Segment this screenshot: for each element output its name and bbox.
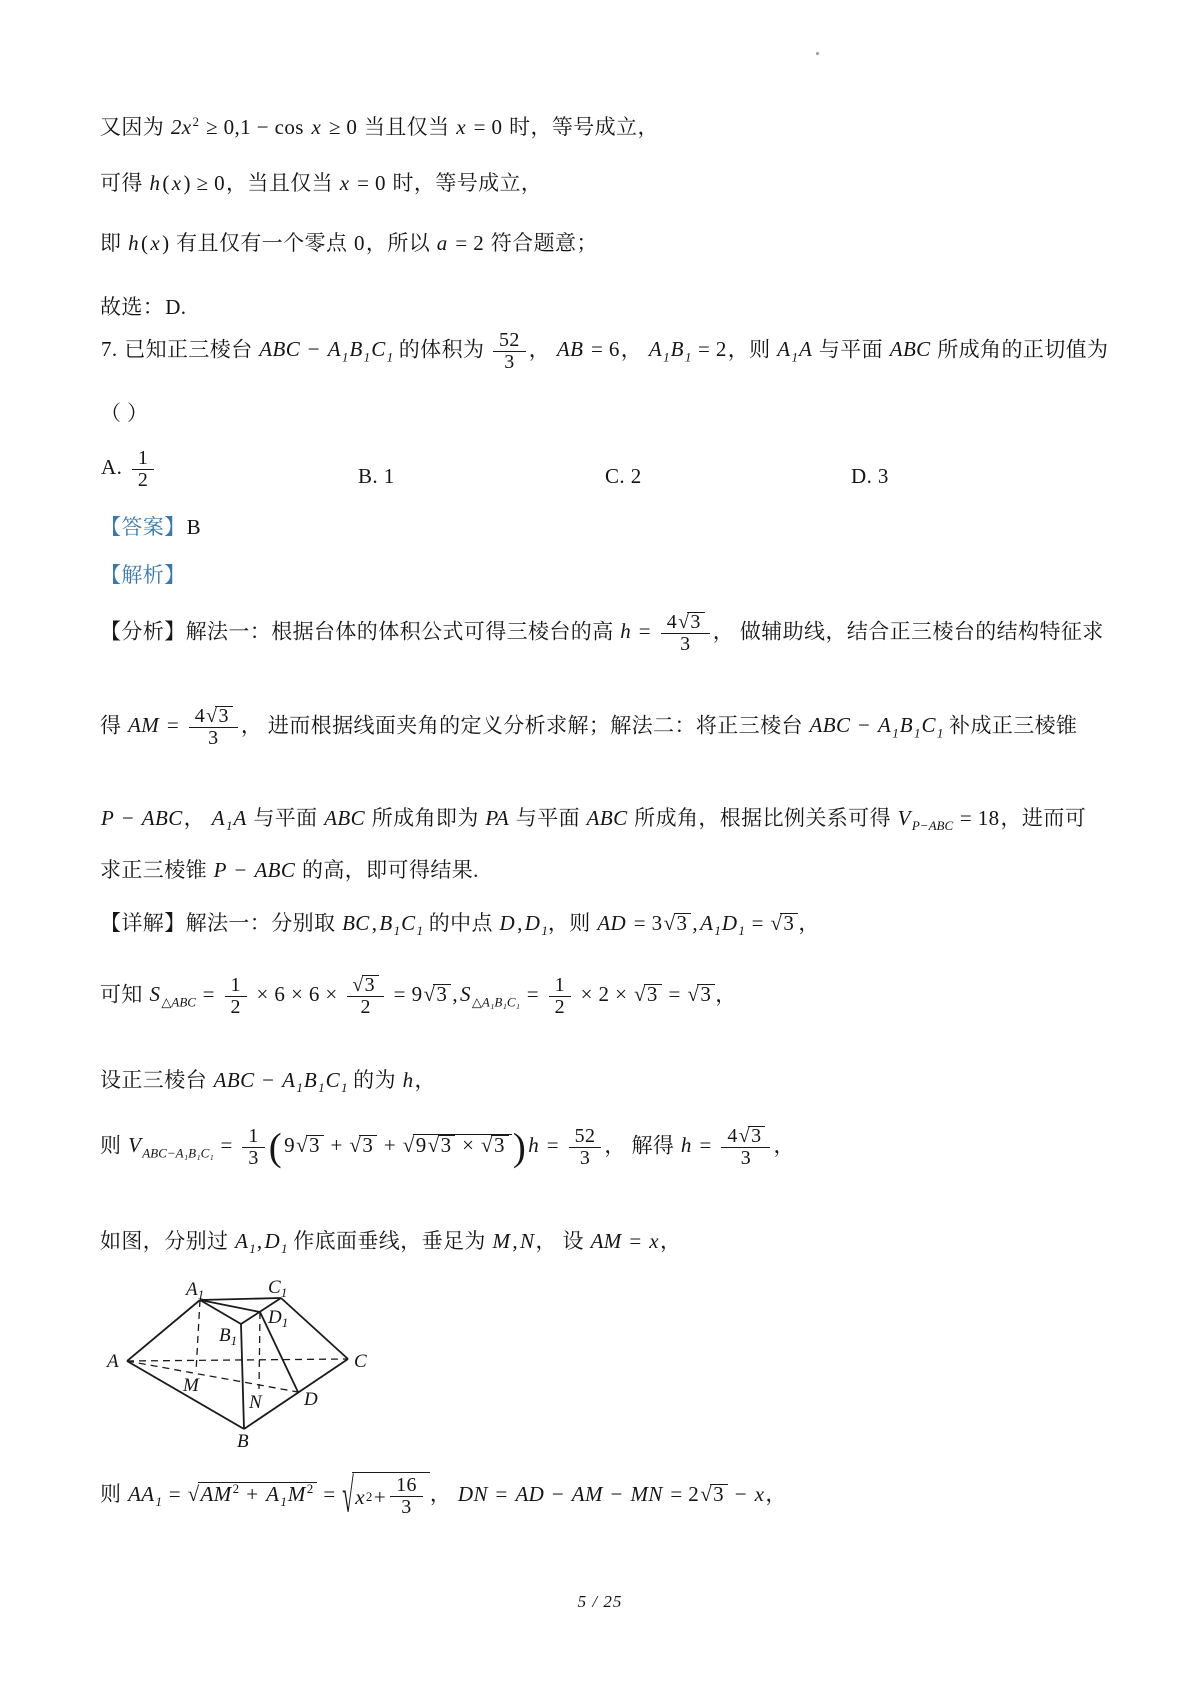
text: 的中点 bbox=[423, 911, 499, 935]
text: ， 做辅助线，结合正三棱台的结构特征求 bbox=[713, 619, 1104, 643]
text: 得 bbox=[100, 713, 127, 737]
exam-solution-page: { "page": { "footer": "5 / 25" }, "color… bbox=[0, 0, 1200, 1697]
detail-line-6: 则 AA1 = √AM2 + A1M2 = √x2 + 163， DN = AD… bbox=[100, 1472, 1120, 1520]
math-literal: 1 bbox=[554, 974, 566, 996]
superscript: 2 bbox=[366, 1490, 373, 1504]
math-variable: B bbox=[348, 337, 363, 361]
square-root: √3 bbox=[352, 975, 379, 996]
fraction: 523 bbox=[493, 330, 526, 373]
radicand: 3 bbox=[438, 1135, 456, 1156]
math-literal: ≥ 0 bbox=[322, 115, 364, 139]
math-literal: 52 bbox=[574, 1125, 597, 1147]
square-root: √3 bbox=[423, 979, 451, 1009]
math-literal: − bbox=[228, 858, 254, 882]
fraction: 12 bbox=[225, 975, 247, 1018]
text: ， bbox=[621, 337, 648, 361]
text: 所成角的正切值为 bbox=[932, 337, 1109, 361]
math-literal: 4 bbox=[666, 611, 678, 633]
math-variable: C bbox=[370, 337, 386, 361]
math-literal: = bbox=[693, 1133, 719, 1157]
radicand: 3 bbox=[644, 984, 662, 1005]
math-variable: h bbox=[527, 1133, 540, 1157]
superscript: 2 bbox=[233, 1481, 240, 1496]
numerator: 1 bbox=[225, 975, 247, 996]
denominator: 2 bbox=[549, 996, 571, 1018]
section-label: 【答案】 bbox=[100, 515, 186, 539]
math-literal: = bbox=[196, 982, 222, 1006]
math-variable: V bbox=[897, 806, 912, 830]
math-variable: C bbox=[400, 911, 416, 935]
numerator: 52 bbox=[493, 330, 526, 351]
denominator: 2 bbox=[132, 469, 154, 491]
math-variable: h bbox=[148, 171, 161, 195]
math-literal: 3 bbox=[207, 727, 219, 749]
analysis-line-2: 得 AM = 4√33， 进而根据线面夹角的定义分析求解；解法二：将正三棱台 A… bbox=[100, 706, 1120, 749]
option-d: D. 3 bbox=[850, 461, 1000, 491]
math-variable: M bbox=[491, 1229, 511, 1253]
math-literal: C. 2 bbox=[604, 464, 643, 488]
big-paren: ) bbox=[512, 1126, 527, 1169]
text: 则 bbox=[100, 1482, 127, 1506]
math-variable: B bbox=[899, 713, 914, 737]
numerator: 4√3 bbox=[721, 1126, 770, 1147]
vertex-label-D1: D1 bbox=[267, 1307, 288, 1330]
fraction: 12 bbox=[549, 975, 571, 1018]
text: 的高，即可得结果. bbox=[296, 858, 479, 882]
math-literal: 4 bbox=[194, 705, 206, 727]
math-literal: × 6 × 6 × bbox=[250, 982, 344, 1006]
detail-line-1: 【详解】解法一：分别取 BC,B1C1 的中点 D,D1，则 AD = 3√3,… bbox=[100, 908, 1120, 946]
math-variable: DN bbox=[457, 1482, 489, 1506]
math-literal: 3 bbox=[750, 1125, 762, 1147]
subscript: 1 bbox=[318, 1080, 325, 1095]
math-literal: 3 bbox=[782, 911, 795, 935]
text: ， 设 bbox=[535, 1229, 589, 1253]
subscript: 1 bbox=[791, 350, 798, 365]
text: ， bbox=[773, 1133, 794, 1157]
radicand: 3 bbox=[674, 913, 692, 934]
math-variable: x bbox=[754, 1482, 766, 1506]
math-literal: = bbox=[745, 911, 771, 935]
math-literal: B bbox=[186, 515, 202, 539]
math-variable: P bbox=[100, 806, 115, 830]
math-variable: P bbox=[213, 858, 228, 882]
vertex-label-B: B bbox=[237, 1431, 249, 1452]
math-literal: 16 bbox=[395, 1474, 418, 1496]
figure-dashed-edges bbox=[127, 1300, 348, 1392]
math-literal: 3 bbox=[217, 705, 229, 727]
math-variable: A bbox=[265, 1482, 280, 1506]
square-root: √3 bbox=[428, 1135, 456, 1156]
numerator: 1 bbox=[132, 448, 154, 469]
math-variable: AD bbox=[596, 911, 627, 935]
math-variable: B bbox=[303, 1068, 318, 1092]
subscript: △ABC bbox=[161, 995, 196, 1010]
math-literal: 1 bbox=[137, 447, 149, 469]
text: ， 进而根据线面夹角的定义分析求解；解法二：将正三棱台 bbox=[241, 713, 809, 737]
math-literal: ) bbox=[161, 231, 176, 255]
math-literal: = 6 bbox=[584, 337, 620, 361]
math-literal: = 2 bbox=[664, 1482, 700, 1506]
text: 故选： bbox=[100, 295, 164, 319]
math-variable: h bbox=[127, 231, 140, 255]
math-literal: − bbox=[256, 1068, 282, 1092]
math-literal: + bbox=[324, 1133, 350, 1157]
text: ， bbox=[660, 1229, 681, 1253]
radicand: 3 bbox=[748, 1126, 765, 1146]
proof-line-3: 即 h(x) 有且仅有一个零点 0，所以 a = 2 符合题意； bbox=[100, 228, 1120, 258]
math-literal: = 18 bbox=[953, 806, 1000, 830]
text: 所成角即为 bbox=[366, 806, 484, 830]
radicand: 3 bbox=[710, 1484, 728, 1505]
math-variable: ABC bbox=[141, 806, 184, 830]
math-literal: 0 bbox=[353, 231, 366, 255]
math-literal: 1 bbox=[247, 1125, 259, 1147]
denominator: 3 bbox=[493, 351, 526, 373]
numerator: 1 bbox=[549, 975, 571, 996]
denominator: 3 bbox=[569, 1147, 602, 1169]
math-variable: AM bbox=[127, 713, 160, 737]
math-literal: 3 bbox=[493, 1133, 506, 1157]
math-variable: C bbox=[920, 713, 936, 737]
subscript: 1 bbox=[892, 726, 899, 741]
square-root: √3 bbox=[206, 706, 233, 727]
fraction: 4√33 bbox=[189, 706, 238, 749]
text: 【分析】解法一：根据台体的体积公式可得三棱台的高 bbox=[100, 619, 619, 643]
math-literal: 3 bbox=[679, 633, 691, 655]
math-variable: BC bbox=[341, 911, 371, 935]
math-literal: 3 bbox=[400, 1496, 412, 1518]
page-number: 5 / 25 bbox=[0, 1592, 1200, 1612]
subscript: 1 bbox=[663, 350, 670, 365]
math-literal: = 9 bbox=[387, 982, 423, 1006]
math-literal: , bbox=[511, 1229, 519, 1253]
math-variable: M bbox=[287, 1482, 307, 1506]
fraction: √32 bbox=[347, 975, 384, 1018]
math-literal: ( bbox=[161, 171, 170, 195]
text: 与平面 bbox=[248, 806, 324, 830]
math-literal: B. 1 bbox=[357, 464, 396, 488]
math-literal: , bbox=[451, 982, 459, 1006]
math-literal: 3 bbox=[308, 1133, 321, 1157]
math-variable: ABC bbox=[586, 806, 629, 830]
text: 求正三棱锥 bbox=[100, 858, 213, 882]
math-variable: A bbox=[281, 1068, 296, 1092]
vertex-label-C1: C1 bbox=[268, 1277, 287, 1300]
math-literal: 2 bbox=[230, 996, 242, 1018]
square-root: √3 bbox=[664, 908, 692, 938]
subscript: ABC−A₁B₁C₁ bbox=[142, 1146, 214, 1161]
math-literal: = bbox=[632, 619, 658, 643]
fraction: 4√33 bbox=[721, 1126, 770, 1169]
text: 设正三棱台 bbox=[100, 1068, 213, 1092]
math-literal: − bbox=[301, 337, 327, 361]
denominator: 2 bbox=[347, 996, 384, 1018]
text: 有且仅有一个零点 bbox=[176, 231, 353, 255]
math-literal: 3 bbox=[646, 982, 659, 1006]
radicand: 3 bbox=[491, 1135, 509, 1156]
square-root: √3 bbox=[739, 1126, 766, 1147]
text: 时，等号成立， bbox=[509, 115, 659, 139]
math-variable: x bbox=[648, 1229, 660, 1253]
vertex-label-A: A bbox=[105, 1351, 119, 1372]
text: 的体积为 bbox=[393, 337, 490, 361]
square-root: √3 bbox=[700, 1479, 728, 1509]
math-variable: ABC bbox=[213, 1068, 256, 1092]
text: ， bbox=[430, 1482, 457, 1506]
math-literal: 3 bbox=[361, 1133, 374, 1157]
math-variable: A bbox=[877, 713, 892, 737]
vertex-label-C: C bbox=[354, 1351, 367, 1372]
square-root: √9√3 × √3 bbox=[403, 1130, 512, 1160]
text: 与平面 bbox=[510, 806, 586, 830]
proof-line-2: 可得 h(x) ≥ 0，当且仅当 x = 0 时，等号成立， bbox=[100, 168, 1120, 198]
math-literal: − bbox=[728, 1482, 754, 1506]
point-label-N: N bbox=[248, 1392, 263, 1413]
math-variable: AD bbox=[514, 1482, 545, 1506]
numerator: 16 bbox=[390, 1475, 423, 1496]
math-variable: x bbox=[149, 231, 161, 255]
answer-line: 【答案】B bbox=[100, 512, 1120, 542]
math-variable: A bbox=[232, 806, 247, 830]
fraction: 163 bbox=[390, 1475, 423, 1518]
math-literal: ( bbox=[140, 231, 149, 255]
math-literal: = 0 bbox=[350, 171, 392, 195]
math-literal: ) ≥ 0 bbox=[183, 171, 227, 195]
text: 时，等号成立， bbox=[393, 171, 543, 195]
math-literal: 4 bbox=[726, 1125, 738, 1147]
math-variable: x bbox=[455, 115, 467, 139]
math-variable: x bbox=[171, 171, 183, 195]
answer-blank-parentheses: （ ） bbox=[100, 398, 1120, 428]
text: 符合题意； bbox=[491, 231, 598, 255]
subscript: △A₁B₁C₁ bbox=[472, 995, 520, 1010]
radicand: 3 bbox=[215, 706, 232, 726]
math-variable: ABC bbox=[253, 858, 296, 882]
section-label: 【解析】 bbox=[100, 563, 186, 587]
choose-answer-line: 故选：D. bbox=[100, 292, 1120, 322]
math-variable: D bbox=[263, 1229, 281, 1253]
square-root: √3 bbox=[687, 979, 715, 1009]
math-variable: ABC bbox=[889, 337, 932, 361]
math-literal: 2 bbox=[554, 996, 566, 1018]
subscript: 1 bbox=[296, 1080, 303, 1095]
math-variable: 2x bbox=[170, 115, 193, 139]
math-variable: S bbox=[459, 982, 472, 1006]
math-literal: 3 bbox=[699, 982, 712, 1006]
math-literal: = bbox=[662, 982, 688, 1006]
text: 如图，分别过 bbox=[100, 1229, 234, 1253]
text: （ ） bbox=[100, 401, 148, 425]
math-literal: = 2 bbox=[691, 337, 727, 361]
math-literal: + bbox=[373, 1486, 387, 1508]
math-literal: D. bbox=[164, 295, 187, 319]
fraction: 12 bbox=[132, 448, 154, 491]
denominator: 3 bbox=[390, 1496, 423, 1518]
square-root: √x2 + 163 bbox=[342, 1472, 430, 1520]
math-variable: AM bbox=[571, 1482, 604, 1506]
fraction: 4√33 bbox=[661, 612, 710, 655]
text: 则 bbox=[100, 1133, 127, 1157]
math-literal: , bbox=[516, 911, 524, 935]
text: ，当且仅当 bbox=[226, 171, 339, 195]
math-variable: AA bbox=[127, 1482, 155, 1506]
math-literal: 3 bbox=[364, 974, 376, 996]
text: 可得 bbox=[100, 171, 148, 195]
math-variable: A bbox=[234, 1229, 249, 1253]
detail-line-2: 可知 S△ABC = 12 × 6 × 6 × √32 = 9√3,S△A₁B₁… bbox=[100, 975, 1120, 1018]
radicand: AM2 + A1M2 bbox=[198, 1482, 317, 1509]
big-paren: ( bbox=[268, 1126, 283, 1169]
math-literal: = bbox=[162, 1482, 188, 1506]
text: 的为 bbox=[348, 1068, 402, 1092]
analysis-line-3: P − ABC， A1A 与平面 ABC 所成角即为 PA 与平面 ABC 所成… bbox=[100, 803, 1120, 841]
math-variable: AM bbox=[200, 1482, 233, 1506]
math-literal: = 0 bbox=[467, 115, 509, 139]
math-literal: × 2 × bbox=[574, 982, 634, 1006]
vertex-label-A1: A1 bbox=[184, 1279, 204, 1302]
math-literal: 2 bbox=[359, 996, 371, 1018]
text: ，所以 bbox=[366, 231, 436, 255]
math-literal: 3 bbox=[676, 911, 689, 935]
text: 又因为 bbox=[100, 115, 170, 139]
square-root: √3 bbox=[634, 979, 662, 1009]
numerator: 1 bbox=[242, 1126, 264, 1147]
option-c: C. 2 bbox=[604, 461, 754, 491]
math-literal: A. bbox=[100, 455, 129, 479]
math-literal: 3 bbox=[579, 1147, 591, 1169]
math-literal: = 3 bbox=[627, 911, 663, 935]
text: ， bbox=[765, 1482, 786, 1506]
math-literal: = bbox=[214, 1133, 240, 1157]
radicand: 9√3 × √3 bbox=[413, 1134, 512, 1156]
math-literal: 3 bbox=[689, 611, 701, 633]
option-a: A. 12 bbox=[100, 448, 320, 491]
math-variable: C bbox=[325, 1068, 341, 1092]
math-literal: = bbox=[489, 1482, 515, 1506]
fraction: 523 bbox=[569, 1126, 602, 1169]
fraction: 13 bbox=[242, 1126, 264, 1169]
math-literal: 7. bbox=[100, 337, 124, 361]
text: ， bbox=[415, 1068, 436, 1092]
radicand: 3 bbox=[687, 612, 704, 632]
math-literal: − bbox=[115, 806, 141, 830]
frustum-figure-svg: A1 C1 B1 D1 A C M N D B bbox=[80, 1270, 420, 1455]
text: ， 解得 bbox=[604, 1133, 680, 1157]
radicand: 3 bbox=[780, 913, 798, 934]
denominator: 3 bbox=[721, 1147, 770, 1169]
math-variable: D bbox=[721, 911, 739, 935]
proof-line-1: 又因为 2x2 ≥ 0,1 − cos x ≥ 0 当且仅当 x = 0 时，等… bbox=[100, 107, 1120, 142]
math-literal: = bbox=[520, 982, 546, 1006]
math-variable: x bbox=[354, 1486, 366, 1508]
square-root: √3 bbox=[481, 1135, 509, 1156]
math-variable: A bbox=[776, 337, 791, 361]
text: 所成角，根据比例关系可得 bbox=[629, 806, 897, 830]
text: 作底面垂线，垂足为 bbox=[288, 1229, 492, 1253]
math-variable: PA bbox=[484, 806, 510, 830]
text: 【详解】解法一：分别取 bbox=[100, 911, 341, 935]
numerator: 52 bbox=[569, 1126, 602, 1147]
text: ，则 bbox=[548, 911, 596, 935]
math-variable: V bbox=[127, 1133, 142, 1157]
corner-mark bbox=[816, 52, 819, 55]
math-literal: 3 bbox=[435, 982, 448, 1006]
math-literal: 52 bbox=[498, 329, 521, 351]
math-literal: + bbox=[240, 1482, 266, 1506]
math-variable: A bbox=[798, 337, 813, 361]
radicand: 3 bbox=[306, 1135, 324, 1156]
math-variable: N bbox=[519, 1229, 535, 1253]
vertex-label-B1: B1 bbox=[219, 1325, 237, 1348]
text: ， bbox=[715, 982, 736, 1006]
math-variable: S bbox=[148, 982, 161, 1006]
math-literal: 3 bbox=[740, 1147, 752, 1169]
math-literal: 3 bbox=[503, 351, 515, 373]
math-literal: 9 bbox=[283, 1133, 296, 1157]
denominator: 3 bbox=[242, 1147, 264, 1169]
math-literal: − bbox=[545, 1482, 571, 1506]
text: 与平面 bbox=[813, 337, 889, 361]
denominator: 2 bbox=[225, 996, 247, 1018]
square-root: √3 bbox=[678, 612, 705, 633]
text: 即 bbox=[100, 231, 127, 255]
math-literal: × bbox=[455, 1133, 481, 1157]
denominator: 3 bbox=[189, 727, 238, 749]
math-literal: 3 bbox=[247, 1147, 259, 1169]
math-literal: + bbox=[377, 1133, 403, 1157]
math-literal: 3 bbox=[440, 1133, 453, 1157]
math-literal: D. 3 bbox=[850, 464, 890, 488]
math-variable: h bbox=[680, 1133, 693, 1157]
text: ， bbox=[184, 806, 211, 830]
math-literal: = bbox=[540, 1133, 566, 1157]
subscript: 1 bbox=[738, 923, 745, 938]
detail-line-3: 设正三棱台 ABC − A1B1C1 的为 h， bbox=[100, 1065, 1120, 1103]
subscript: 1 bbox=[714, 923, 721, 938]
math-variable: B bbox=[378, 911, 393, 935]
math-literal: = bbox=[623, 1229, 649, 1253]
math-variable: A bbox=[327, 337, 342, 361]
text: ， bbox=[529, 337, 556, 361]
text: 已知正三棱台 bbox=[124, 337, 258, 361]
numerator: 4√3 bbox=[189, 706, 238, 727]
math-variable: AB bbox=[556, 337, 584, 361]
text: 当且仅当 bbox=[364, 115, 455, 139]
square-root: √3 bbox=[349, 1130, 377, 1160]
denominator: 3 bbox=[661, 633, 710, 655]
math-variable: D bbox=[499, 911, 517, 935]
math-literal: = bbox=[160, 713, 186, 737]
question-7: 7. 已知正三棱台 ABC − A1B1C1 的体积为 523， AB = 6，… bbox=[100, 330, 1120, 373]
math-literal: = bbox=[317, 1482, 343, 1506]
math-variable: A bbox=[699, 911, 714, 935]
math-variable: ABC bbox=[258, 337, 301, 361]
math-literal: − bbox=[851, 713, 877, 737]
math-literal: 2 bbox=[137, 469, 149, 491]
radical-sign: √ bbox=[342, 1461, 354, 1530]
detail-line-5: 如图，分别过 A1,D1 作底面垂线，垂足为 M,N， 设 AM = x， bbox=[100, 1226, 1120, 1264]
math-variable: ABC bbox=[323, 806, 366, 830]
math-literal: ≥ 0,1 − cos bbox=[199, 115, 310, 139]
math-variable: AM bbox=[590, 1229, 623, 1253]
math-variable: MN bbox=[629, 1482, 663, 1506]
text: 补成正三棱锥 bbox=[943, 713, 1077, 737]
text: 可知 bbox=[100, 982, 148, 1006]
math-variable: D bbox=[524, 911, 542, 935]
subscript: 1 bbox=[280, 1494, 287, 1509]
point-label-D: D bbox=[303, 1389, 318, 1410]
